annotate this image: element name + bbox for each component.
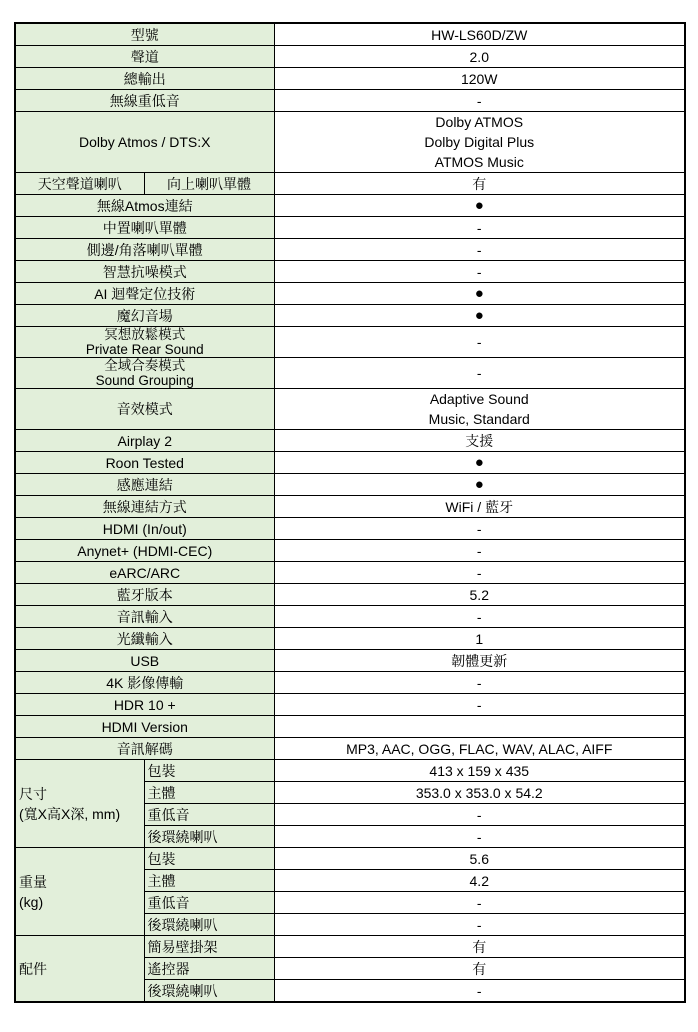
cell-text: - <box>278 673 682 693</box>
spec-label-cell: AI 迴聲定位技術 <box>15 283 274 305</box>
cell-text: - <box>278 91 682 111</box>
table-row: USB韌體更新 <box>15 650 685 672</box>
cell-text: Dolby Atmos / DTS:X <box>19 132 271 152</box>
spec-sublabel-cell: 後環繞喇叭 <box>144 980 274 1003</box>
spec-value-cell: - <box>274 358 685 389</box>
spec-value-cell: - <box>274 826 685 848</box>
table-row: 冥想放鬆模式Private Rear Sound- <box>15 327 685 358</box>
cell-text: 簡易壁掛架 <box>148 937 271 957</box>
spec-value-cell: - <box>274 694 685 716</box>
spec-label-cell: Dolby Atmos / DTS:X <box>15 112 274 173</box>
spec-value-cell: WiFi / 藍牙 <box>274 496 685 518</box>
spec-value-cell: - <box>274 804 685 826</box>
cell-text: - <box>278 893 682 913</box>
cell-text: 4.2 <box>278 871 682 891</box>
spec-value-cell: - <box>274 914 685 936</box>
spec-label-cell: HDR 10 + <box>15 694 274 716</box>
cell-text: - <box>278 695 682 715</box>
spec-value-cell: 5.2 <box>274 584 685 606</box>
cell-text: - <box>278 363 682 383</box>
table-row: 藍牙版本5.2 <box>15 584 685 606</box>
cell-text: 光纖輸入 <box>19 629 271 649</box>
spec-value-cell: - <box>274 90 685 112</box>
spec-value-cell: - <box>274 980 685 1003</box>
cell-text: (寬X高X深, mm) <box>19 804 141 824</box>
spec-label-cell: 中置喇叭單體 <box>15 217 274 239</box>
cell-text: 重低音 <box>148 805 271 825</box>
spec-value-cell: ● <box>274 305 685 327</box>
table-row: 中置喇叭單體- <box>15 217 685 239</box>
table-row: 型號HW-LS60D/ZW <box>15 23 685 46</box>
cell-text: 中置喇叭單體 <box>19 218 271 238</box>
table-row: HDMI Version <box>15 716 685 738</box>
spec-label-cell: 音效模式 <box>15 389 274 430</box>
cell-text: Dolby Digital Plus <box>278 132 682 152</box>
spec-label-cell: 智慧抗噪模式 <box>15 261 274 283</box>
spec-label-cell: eARC/ARC <box>15 562 274 584</box>
spec-label-cell: 無線Atmos連結 <box>15 195 274 217</box>
table-row: 無線Atmos連結● <box>15 195 685 217</box>
supported-bullet: ● <box>278 284 682 304</box>
cell-text: WiFi / 藍牙 <box>278 497 682 517</box>
spec-value-cell: - <box>274 892 685 914</box>
table-row: 全域合奏模式Sound Grouping- <box>15 358 685 389</box>
spec-value-cell: - <box>274 672 685 694</box>
spec-label-cell: 聲道 <box>15 46 274 68</box>
cell-text: 無線連結方式 <box>19 497 271 517</box>
spec-value-cell: ● <box>274 452 685 474</box>
cell-text: Airplay 2 <box>19 431 271 451</box>
spec-value-cell: - <box>274 518 685 540</box>
spec-value-cell: 2.0 <box>274 46 685 68</box>
spec-value-cell: 韌體更新 <box>274 650 685 672</box>
table-row: 音效模式Adaptive SoundMusic, Standard <box>15 389 685 430</box>
spec-sublabel-cell: 主體 <box>144 870 274 892</box>
cell-text: - <box>278 240 682 260</box>
cell-text: 主體 <box>148 871 271 891</box>
cell-text: - <box>278 563 682 583</box>
cell-text: 向上喇叭單體 <box>148 174 271 194</box>
spec-value-cell: - <box>274 327 685 358</box>
table-row: 4K 影像傳輸- <box>15 672 685 694</box>
cell-text: ATMOS Music <box>278 152 682 172</box>
table-row: Dolby Atmos / DTS:XDolby ATMOSDolby Digi… <box>15 112 685 173</box>
cell-text: USB <box>19 651 271 671</box>
table-row: 天空聲道喇叭向上喇叭單體有 <box>15 173 685 195</box>
spec-value-cell: 有 <box>274 958 685 980</box>
table-row: HDMI (In/out)- <box>15 518 685 540</box>
cell-text: 藍牙版本 <box>19 585 271 605</box>
spec-label-cell: 天空聲道喇叭 <box>15 173 144 195</box>
cell-text: 2.0 <box>278 47 682 67</box>
cell-text: Roon Tested <box>19 453 271 473</box>
spec-sublabel-cell: 重低音 <box>144 804 274 826</box>
cell-text: 智慧抗噪模式 <box>19 262 271 282</box>
table-row: Airplay 2支援 <box>15 430 685 452</box>
spec-value-cell: MP3, AAC, OGG, FLAC, WAV, ALAC, AIFF <box>274 738 685 760</box>
cell-text: MP3, AAC, OGG, FLAC, WAV, ALAC, AIFF <box>278 739 682 759</box>
spec-label-cell: Airplay 2 <box>15 430 274 452</box>
spec-sublabel-cell: 包裝 <box>144 848 274 870</box>
table-row: 聲道2.0 <box>15 46 685 68</box>
table-row: AI 迴聲定位技術● <box>15 283 685 305</box>
cell-text: - <box>278 915 682 935</box>
cell-text: 5.2 <box>278 585 682 605</box>
spec-value-cell: - <box>274 217 685 239</box>
cell-text: Music, Standard <box>278 409 682 429</box>
spec-sublabel-cell: 簡易壁掛架 <box>144 936 274 958</box>
product-spec-table: 型號HW-LS60D/ZW聲道2.0總輸出120W無線重低音-Dolby Atm… <box>14 22 686 1003</box>
cell-text: 配件 <box>19 959 141 979</box>
spec-label-cell: 音訊解碼 <box>15 738 274 760</box>
spec-value-cell: ● <box>274 283 685 305</box>
spec-table-body: 型號HW-LS60D/ZW聲道2.0總輸出120W無線重低音-Dolby Atm… <box>15 23 685 1002</box>
supported-bullet: ● <box>278 196 682 216</box>
spec-value-cell: - <box>274 261 685 283</box>
spec-label-cell: Roon Tested <box>15 452 274 474</box>
spec-label-cell: HDMI Version <box>15 716 274 738</box>
table-row: 音訊解碼MP3, AAC, OGG, FLAC, WAV, ALAC, AIFF <box>15 738 685 760</box>
spec-value-cell: HW-LS60D/ZW <box>274 23 685 46</box>
supported-bullet: ● <box>278 453 682 473</box>
spec-label-cell: 無線重低音 <box>15 90 274 112</box>
spec-label-cell: 無線連結方式 <box>15 496 274 518</box>
cell-text: 音訊解碼 <box>19 739 271 759</box>
cell-text: Sound Grouping <box>19 373 271 388</box>
cell-text: 魔幻音場 <box>19 306 271 326</box>
table-row: 光纖輸入1 <box>15 628 685 650</box>
cell-text: 4K 影像傳輸 <box>19 673 271 693</box>
cell-text: 重量 <box>19 872 141 892</box>
spec-value-cell: ● <box>274 195 685 217</box>
cell-text: 後環繞喇叭 <box>148 827 271 847</box>
spec-sheet: 型號HW-LS60D/ZW聲道2.0總輸出120W無線重低音-Dolby Atm… <box>14 22 686 1003</box>
cell-text: - <box>278 805 682 825</box>
table-row: eARC/ARC- <box>15 562 685 584</box>
spec-label-cell: 音訊輸入 <box>15 606 274 628</box>
table-row: 尺寸(寬X高X深, mm)包裝413 x 159 x 435 <box>15 760 685 782</box>
spec-value-cell: - <box>274 239 685 261</box>
supported-bullet: ● <box>278 475 682 495</box>
spec-value-cell: 有 <box>274 173 685 195</box>
spec-label-cell: Anynet+ (HDMI-CEC) <box>15 540 274 562</box>
cell-text: - <box>278 218 682 238</box>
spec-value-cell: 120W <box>274 68 685 90</box>
table-row: 無線連結方式WiFi / 藍牙 <box>15 496 685 518</box>
spec-sublabel-cell: 包裝 <box>144 760 274 782</box>
spec-label-cell: 全域合奏模式Sound Grouping <box>15 358 274 389</box>
cell-text: AI 迴聲定位技術 <box>19 284 271 304</box>
cell-text: 包裝 <box>148 849 271 869</box>
supported-bullet: ● <box>278 306 682 326</box>
spec-label-cell: 側邊/角落喇叭單體 <box>15 239 274 261</box>
cell-text: HDR 10 + <box>19 695 271 715</box>
cell-text: 無線重低音 <box>19 91 271 111</box>
table-row: HDR 10 +- <box>15 694 685 716</box>
cell-text: 尺寸 <box>19 784 141 804</box>
spec-sublabel-cell: 重低音 <box>144 892 274 914</box>
spec-group-label-cell: 尺寸(寬X高X深, mm) <box>15 760 144 848</box>
cell-text: 5.6 <box>278 849 682 869</box>
cell-text: - <box>278 541 682 561</box>
spec-value-cell: Dolby ATMOSDolby Digital PlusATMOS Music <box>274 112 685 173</box>
cell-text: 聲道 <box>19 47 271 67</box>
cell-text: 後環繞喇叭 <box>148 915 271 935</box>
table-row: 無線重低音- <box>15 90 685 112</box>
cell-text: 總輸出 <box>19 69 271 89</box>
cell-text: 韌體更新 <box>278 651 682 671</box>
cell-text: HW-LS60D/ZW <box>278 25 682 45</box>
cell-text: - <box>278 827 682 847</box>
cell-text: HDMI (In/out) <box>19 519 271 539</box>
cell-text: - <box>278 262 682 282</box>
cell-text: 有 <box>278 959 682 979</box>
cell-text: 353.0 x 353.0 x 54.2 <box>278 783 682 803</box>
spec-value-cell: 1 <box>274 628 685 650</box>
cell-text: Dolby ATMOS <box>278 112 682 132</box>
spec-sublabel-cell: 遙控器 <box>144 958 274 980</box>
spec-label-cell: 光纖輸入 <box>15 628 274 650</box>
cell-text: Adaptive Sound <box>278 389 682 409</box>
cell-text: - <box>278 519 682 539</box>
spec-label-cell: 感應連結 <box>15 474 274 496</box>
spec-value-cell: - <box>274 540 685 562</box>
cell-text: eARC/ARC <box>19 563 271 583</box>
cell-text: 冥想放鬆模式 <box>19 327 271 342</box>
cell-text: Private Rear Sound <box>19 342 271 357</box>
cell-text: 413 x 159 x 435 <box>278 761 682 781</box>
cell-text: - <box>278 332 682 352</box>
spec-value-cell: 支援 <box>274 430 685 452</box>
cell-text: 主體 <box>148 783 271 803</box>
spec-sublabel-cell: 主體 <box>144 782 274 804</box>
spec-group-label-cell: 重量(kg) <box>15 848 144 936</box>
spec-value-cell: ● <box>274 474 685 496</box>
spec-value-cell: 4.2 <box>274 870 685 892</box>
table-row: 感應連結● <box>15 474 685 496</box>
table-row: 智慧抗噪模式- <box>15 261 685 283</box>
table-row: 音訊輸入- <box>15 606 685 628</box>
cell-text: - <box>278 981 682 1001</box>
cell-text: 後環繞喇叭 <box>148 981 271 1001</box>
spec-value-cell: 413 x 159 x 435 <box>274 760 685 782</box>
cell-text: - <box>278 607 682 627</box>
spec-label-cell: HDMI (In/out) <box>15 518 274 540</box>
spec-group-label-cell: 配件 <box>15 936 144 1003</box>
spec-label-cell: 冥想放鬆模式Private Rear Sound <box>15 327 274 358</box>
cell-text: 支援 <box>278 431 682 451</box>
cell-text: HDMI Version <box>19 717 271 737</box>
table-row: Roon Tested● <box>15 452 685 474</box>
table-row: 配件簡易壁掛架有 <box>15 936 685 958</box>
spec-label-cell: 藍牙版本 <box>15 584 274 606</box>
table-row: Anynet+ (HDMI-CEC)- <box>15 540 685 562</box>
spec-label-cell: USB <box>15 650 274 672</box>
spec-value-cell: - <box>274 606 685 628</box>
spec-label-cell: 魔幻音場 <box>15 305 274 327</box>
cell-text: 全域合奏模式 <box>19 358 271 373</box>
spec-value-cell: - <box>274 562 685 584</box>
cell-text: 音效模式 <box>19 399 271 419</box>
spec-value-cell: 有 <box>274 936 685 958</box>
cell-text: 120W <box>278 69 682 89</box>
spec-value-cell <box>274 716 685 738</box>
cell-text: 音訊輸入 <box>19 607 271 627</box>
spec-label-cell: 型號 <box>15 23 274 46</box>
cell-text: 無線Atmos連結 <box>19 196 271 216</box>
cell-text: 側邊/角落喇叭單體 <box>19 240 271 260</box>
cell-text: Anynet+ (HDMI-CEC) <box>19 541 271 561</box>
table-row: 魔幻音場● <box>15 305 685 327</box>
cell-text: 重低音 <box>148 893 271 913</box>
cell-text: 有 <box>278 174 682 194</box>
table-row: 總輸出120W <box>15 68 685 90</box>
spec-value-cell: 353.0 x 353.0 x 54.2 <box>274 782 685 804</box>
table-row: 重量(kg)包裝5.6 <box>15 848 685 870</box>
cell-text: 遙控器 <box>148 959 271 979</box>
cell-text: 1 <box>278 629 682 649</box>
spec-label-cell: 總輸出 <box>15 68 274 90</box>
cell-text: 天空聲道喇叭 <box>19 174 141 194</box>
spec-value-cell: 5.6 <box>274 848 685 870</box>
cell-text: 感應連結 <box>19 475 271 495</box>
spec-value-cell: Adaptive SoundMusic, Standard <box>274 389 685 430</box>
spec-sublabel-cell: 後環繞喇叭 <box>144 914 274 936</box>
spec-label-cell: 向上喇叭單體 <box>144 173 274 195</box>
cell-text: 有 <box>278 937 682 957</box>
cell-text: 型號 <box>19 25 271 45</box>
spec-label-cell: 4K 影像傳輸 <box>15 672 274 694</box>
cell-text: (kg) <box>19 892 141 912</box>
cell-text: 包裝 <box>148 761 271 781</box>
spec-sublabel-cell: 後環繞喇叭 <box>144 826 274 848</box>
table-row: 側邊/角落喇叭單體- <box>15 239 685 261</box>
